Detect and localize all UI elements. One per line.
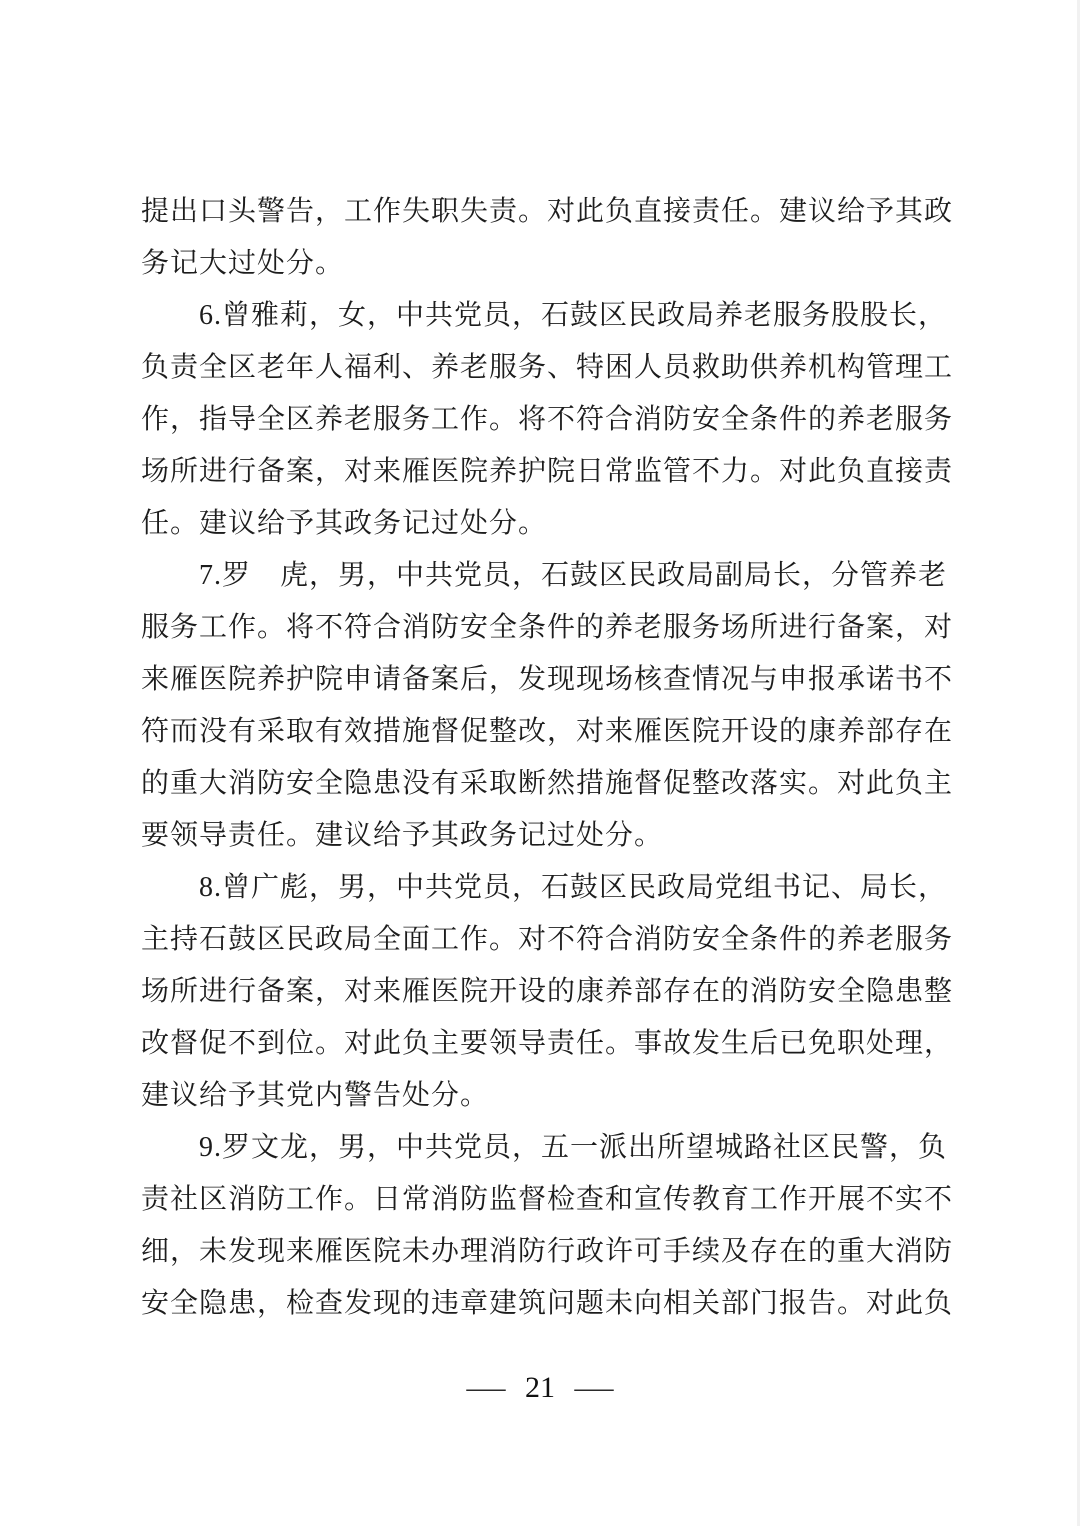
document-body: 提出口头警告，工作失职失责。对此负直接责任。建议给予其政务记大过处分。6.曾雅莉… — [141, 186, 947, 1330]
document-page: 提出口头警告，工作失职失责。对此负直接责任。建议给予其政务记大过处分。6.曾雅莉… — [0, 0, 1080, 1526]
text-line: 责社区消防工作。日常消防监督检查和宣传教育工作开展不实不 — [141, 1174, 947, 1226]
text-line: 服务工作。将不符合消防安全条件的养老服务场所进行备案，对 — [141, 602, 947, 654]
page-footer: — 21 — — [0, 1362, 1080, 1414]
text-line: 细，未发现来雁医院未办理消防行政许可手续及存在的重大消防 — [141, 1226, 947, 1278]
footer-left-dash: — — [467, 1362, 506, 1414]
text-line: 负责全区老年人福利、养老服务、特困人员救助供养机构管理工 — [141, 342, 947, 394]
text-line: 场所进行备案，对来雁医院养护院日常监管不力。对此负直接责 — [141, 446, 947, 498]
text-line: 符而没有采取有效措施督促整改，对来雁医院开设的康养部存在 — [141, 706, 947, 758]
footer-right-dash: — — [575, 1362, 614, 1414]
text-line: 9.罗文龙，男，中共党员，五一派出所望城路社区民警，负 — [141, 1122, 947, 1174]
text-line: 作，指导全区养老服务工作。将不符合消防安全条件的养老服务 — [141, 394, 947, 446]
text-line: 要领导责任。建议给予其政务记过处分。 — [141, 810, 947, 862]
text-line: 提出口头警告，工作失职失责。对此负直接责任。建议给予其政 — [141, 186, 947, 238]
text-line: 8.曾广彪，男，中共党员，石鼓区民政局党组书记、局长， — [141, 862, 947, 914]
text-line: 安全隐患，检查发现的违章建筑问题未向相关部门报告。对此负 — [141, 1278, 947, 1330]
text-line: 的重大消防安全隐患没有采取断然措施督促整改落实。对此负主 — [141, 758, 947, 810]
text-line: 场所进行备案，对来雁医院开设的康养部存在的消防安全隐患整 — [141, 966, 947, 1018]
text-line: 7.罗 虎，男，中共党员，石鼓区民政局副局长，分管养老 — [141, 550, 947, 602]
text-line: 6.曾雅莉，女，中共党员，石鼓区民政局养老服务股股长， — [141, 290, 947, 342]
text-line: 务记大过处分。 — [141, 238, 947, 290]
text-line: 任。建议给予其政务记过处分。 — [141, 498, 947, 550]
text-line: 主持石鼓区民政局全面工作。对不符合消防安全条件的养老服务 — [141, 914, 947, 966]
page-number: 21 — [525, 1362, 555, 1414]
text-line: 建议给予其党内警告处分。 — [141, 1070, 947, 1122]
text-line: 来雁医院养护院申请备案后，发现现场核查情况与申报承诺书不 — [141, 654, 947, 706]
text-line: 改督促不到位。对此负主要领导责任。事故发生后已免职处理， — [141, 1018, 947, 1070]
